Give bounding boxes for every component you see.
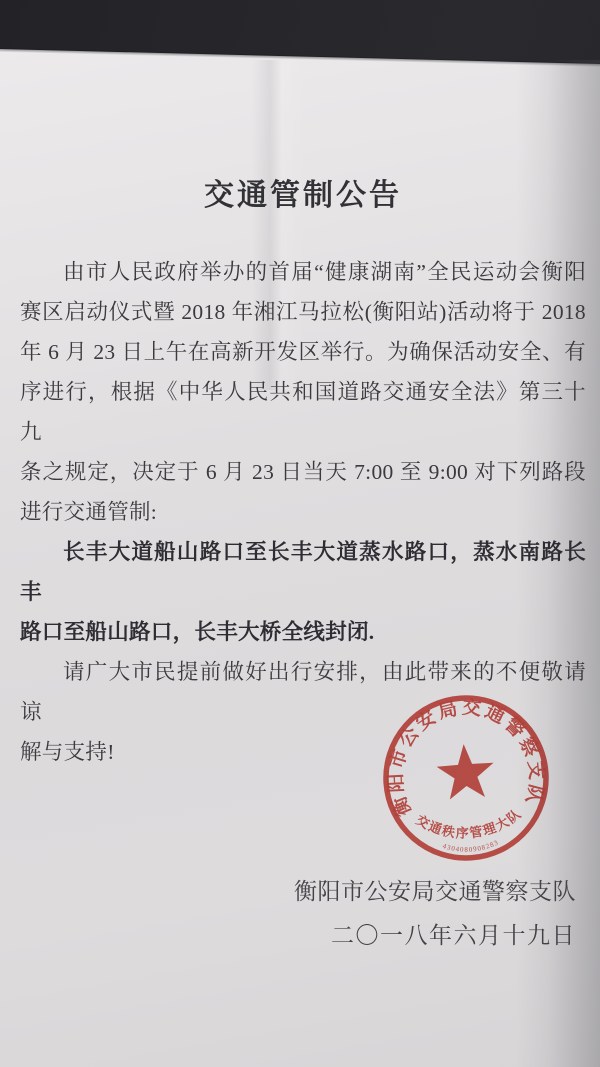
text-line: 进行交通管制: <box>20 492 586 532</box>
signature-block: 衡阳市公安局交通警察支队 二〇一八年六月十九日 <box>20 870 586 958</box>
text-line: 条之规定，决定于 6 月 23 日当天 7:00 至 9:00 对下列路段 <box>20 452 586 492</box>
official-seal: 衡阳市公安局交通警察支队 交通秩序管理大队 4304080908283 <box>366 678 567 879</box>
text-line: 序进行，根据《中华人民共和国道路交通安全法》第三十九 <box>20 372 586 452</box>
signature-issuer: 衡阳市公安局交通警察支队 <box>20 870 576 914</box>
page-title: 交通管制公告 <box>20 0 586 214</box>
text-line: 长丰大道船山路口至长丰大道蒸水路口，蒸水南路长丰 <box>20 532 586 612</box>
text-line: 年 6 月 23 日上午在高新开发区举行。为确保活动安全、有 <box>20 332 586 372</box>
paragraph-intro: 由市人民政府举办的首届“健康湖南”全民运动会衡阳赛区启动仪式暨 2018 年湘江… <box>20 252 586 532</box>
signature-date: 二〇一八年六月十九日 <box>20 914 576 958</box>
paragraph-closed-roads: 长丰大道船山路口至长丰大道蒸水路口，蒸水南路长丰路口至船山路口，长丰大桥全线封闭… <box>20 532 586 652</box>
photo-of-document: 交通管制公告 由市人民政府举办的首届“健康湖南”全民运动会衡阳赛区启动仪式暨 2… <box>0 0 600 1067</box>
seal-star-icon <box>435 742 496 800</box>
seal-inner-text: 交通秩序管理大队 <box>413 805 526 845</box>
text-line: 由市人民政府举办的首届“健康湖南”全民运动会衡阳 <box>20 252 586 292</box>
text-line: 路口至船山路口，长丰大桥全线封闭. <box>20 612 586 652</box>
text-line: 赛区启动仪式暨 2018 年湘江马拉松(衡阳站)活动将于 2018 <box>20 292 586 332</box>
svg-text:交通秩序管理大队: 交通秩序管理大队 <box>413 805 526 845</box>
